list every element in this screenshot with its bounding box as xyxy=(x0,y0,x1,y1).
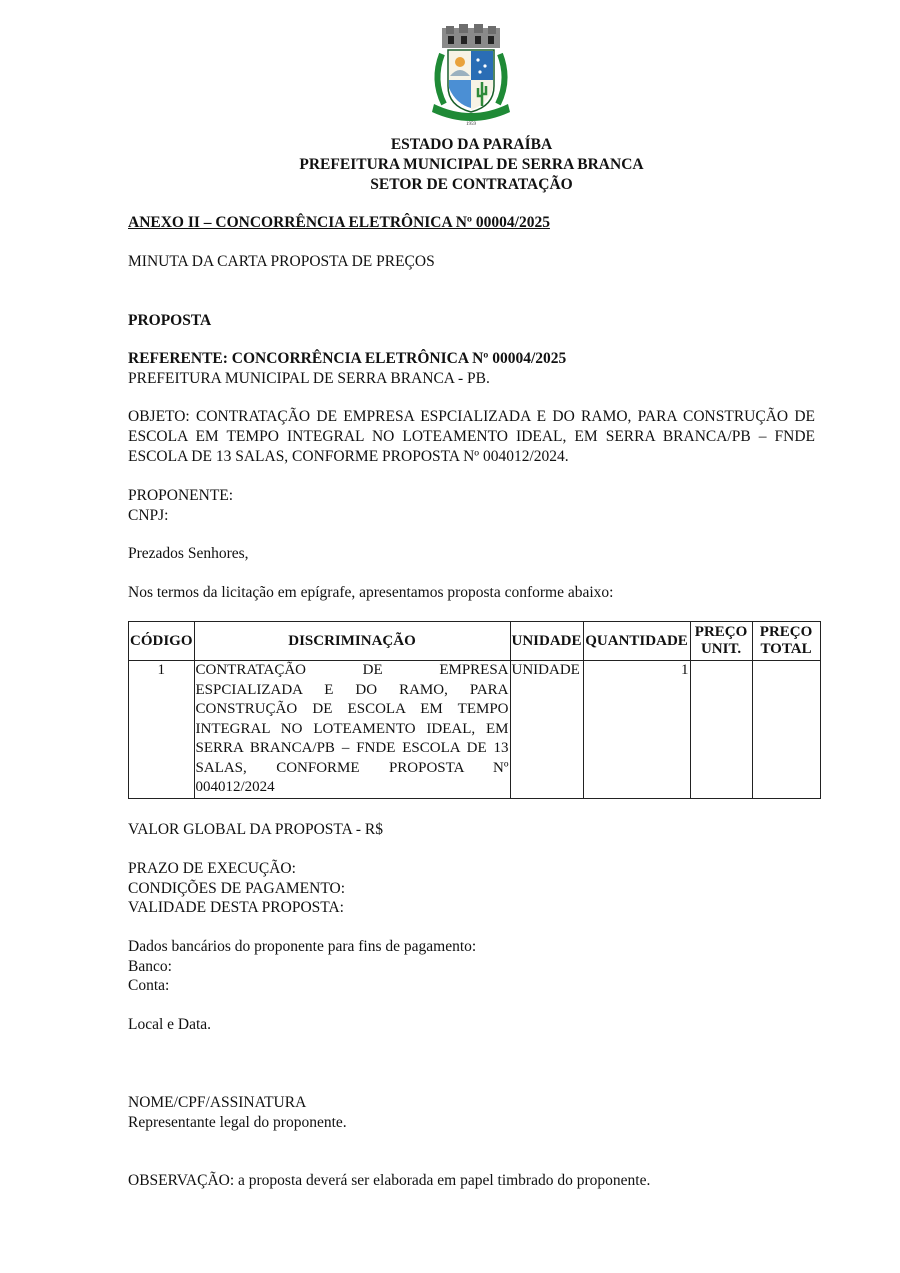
signature-line: NOME/CPF/ASSINATURA xyxy=(128,1093,306,1113)
header-unit: UNIDADE xyxy=(510,622,583,661)
cell-description: CONTRATAÇÃO DE EMPRESA ESPCIALIZADA E DO… xyxy=(194,661,510,799)
header-sector: SETOR DE CONTRATAÇÃO xyxy=(0,175,900,195)
intro-text: Nos termos da licitação em epígrafe, apr… xyxy=(128,583,614,603)
execution-term-label: PRAZO DE EXECUÇÃO: xyxy=(128,859,296,879)
annex-title: ANEXO II – CONCORRÊNCIA ELETRÔNICA Nº 00… xyxy=(128,213,550,233)
document-subtitle: MINUTA DA CARTA PROPOSTA DE PREÇOS xyxy=(128,252,435,272)
cell-quantity: 1 xyxy=(583,661,690,799)
validity-label: VALIDADE DESTA PROPOSTA: xyxy=(128,898,344,918)
table-row: 1 CONTRATAÇÃO DE EMPRESA ESPCIALIZADA E … xyxy=(129,661,821,799)
proponent-label: PROPONENTE: xyxy=(128,486,233,506)
reference-entity: PREFEITURA MUNICIPAL DE SERRA BRANCA - P… xyxy=(128,369,490,389)
header-code: CÓDIGO xyxy=(129,622,195,661)
header-unit-price: PREÇO UNIT. xyxy=(690,622,752,661)
header-unit-price-line2: UNIT. xyxy=(701,641,741,657)
signature-role: Representante legal do proponente. xyxy=(128,1113,347,1133)
cell-unit-price[interactable] xyxy=(690,661,752,799)
header-municipality: PREFEITURA MUNICIPAL DE SERRA BRANCA xyxy=(0,155,900,175)
header-unit-price-line1: PREÇO xyxy=(695,624,748,640)
bank-label: Banco: xyxy=(128,957,172,977)
greeting: Prezados Senhores, xyxy=(128,544,249,564)
table-header-row: CÓDIGO DISCRIMINAÇÃO UNIDADE QUANTIDADE … xyxy=(129,622,821,661)
place-date: Local e Data. xyxy=(128,1015,211,1035)
cnpj-label: CNPJ: xyxy=(128,506,169,526)
object-paragraph: OBJETO: CONTRATAÇÃO DE EMPRESA ESPCIALIZ… xyxy=(128,407,815,467)
items-table: CÓDIGO DISCRIMINAÇÃO UNIDADE QUANTIDADE … xyxy=(128,621,821,799)
municipal-crest-icon: 1959 xyxy=(428,24,514,128)
header-description: DISCRIMINAÇÃO xyxy=(194,622,510,661)
payment-conditions-label: CONDIÇÕES DE PAGAMENTO: xyxy=(128,879,345,899)
cell-total-price[interactable] xyxy=(752,661,820,799)
global-value-label: VALOR GLOBAL DA PROPOSTA - R$ xyxy=(128,820,383,840)
reference-label: REFERENTE: CONCORRÊNCIA ELETRÔNICA Nº 00… xyxy=(128,349,566,369)
header-total-price-line1: PREÇO xyxy=(760,624,813,640)
header-total-price: PREÇO TOTAL xyxy=(752,622,820,661)
cell-code: 1 xyxy=(129,661,195,799)
proposal-heading: PROPOSTA xyxy=(128,311,211,331)
header-state: ESTADO DA PARAÍBA xyxy=(0,135,900,155)
header-quantity: QUANTIDADE xyxy=(583,622,690,661)
account-label: Conta: xyxy=(128,976,169,996)
observation-note: OBSERVAÇÃO: a proposta deverá ser elabor… xyxy=(128,1171,650,1191)
cell-unit: UNIDADE xyxy=(510,661,583,799)
svg-text:1959: 1959 xyxy=(466,122,477,127)
header-total-price-line2: TOTAL xyxy=(760,641,811,657)
document-page: 1959 ESTADO DA PARAÍBA PREFEITURA MUNICI… xyxy=(0,0,900,1273)
bank-intro: Dados bancários do proponente para fins … xyxy=(128,937,476,957)
